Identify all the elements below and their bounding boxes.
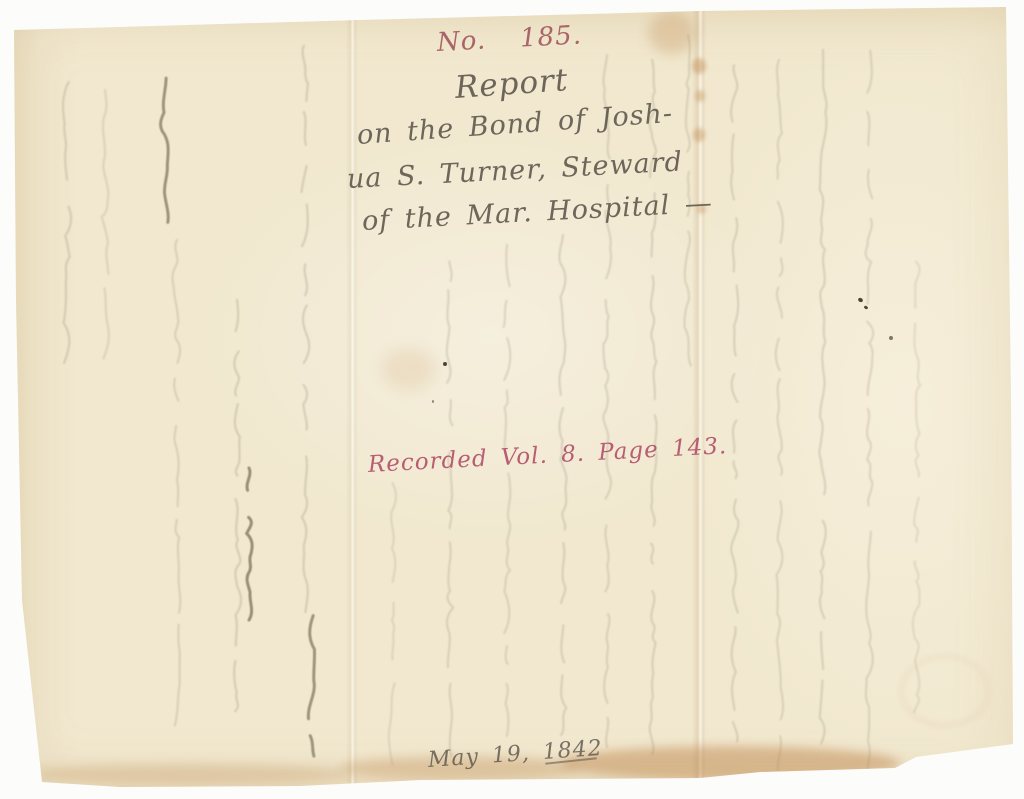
stain-bottom-left: [30, 764, 350, 784]
subject-line-2: ua S. Turner, Steward: [346, 146, 683, 195]
scanned-document-page: No.185. Report on the Bond of Josh- ua S…: [0, 0, 1024, 799]
document-number-label: No.: [436, 25, 487, 58]
ghost-writing-column: [558, 235, 572, 735]
ghost-writing-column: [160, 58, 174, 218]
ghost-writing-column: [912, 240, 926, 700]
ghost-writing-column: [388, 470, 402, 730]
ghost-writing-column: [307, 592, 321, 742]
ghost-writing-column: [244, 468, 258, 603]
foxing-spot-3: [693, 128, 705, 142]
ink-speck-1: [443, 362, 447, 366]
document-number-value: 185.: [519, 20, 582, 53]
ghost-writing-column: [62, 60, 76, 340]
ghost-writing-column: [648, 35, 662, 735]
stain-mid-left-patch: [382, 348, 436, 390]
ink-speck-4: [864, 305, 869, 310]
report-title: Report: [454, 62, 570, 106]
fold-crease-right: [692, 0, 706, 799]
date-line: May 19, 1842: [427, 736, 603, 773]
ghost-writing-column: [818, 50, 832, 730]
ghost-writing-column: [774, 60, 788, 720]
ghost-writing-column: [445, 250, 459, 730]
subject-line-1: on the Bond of Josh-: [356, 98, 674, 151]
ink-speck-3: [857, 297, 863, 303]
ghost-writing-column: [502, 245, 516, 715]
ink-speck-2: [432, 400, 434, 403]
number-gap: [487, 47, 521, 49]
ghost-writing-column: [100, 90, 114, 330]
recorded-note: Recorded Vol. 8. Page 143.: [367, 433, 727, 478]
stain-right-faint-ring: [900, 655, 990, 727]
subject-line-3: of the Mar. Hospital —: [361, 188, 713, 237]
ghost-writing-column: [300, 36, 314, 586]
foxing-spot-1: [692, 58, 706, 74]
paper-sheet: No.185. Report on the Bond of Josh- ua S…: [0, 0, 1024, 799]
stain-bottom-right: [560, 746, 900, 780]
ghost-writing-column: [172, 240, 186, 700]
document-number: No.185.: [436, 20, 582, 58]
ghost-writing-column: [730, 40, 744, 740]
ghost-writing-column: [864, 42, 878, 742]
ink-speck-5: [889, 336, 893, 340]
foxing-spot-2: [695, 90, 705, 102]
ghost-writing-column: [232, 300, 246, 710]
stain-top-center: [648, 12, 696, 54]
